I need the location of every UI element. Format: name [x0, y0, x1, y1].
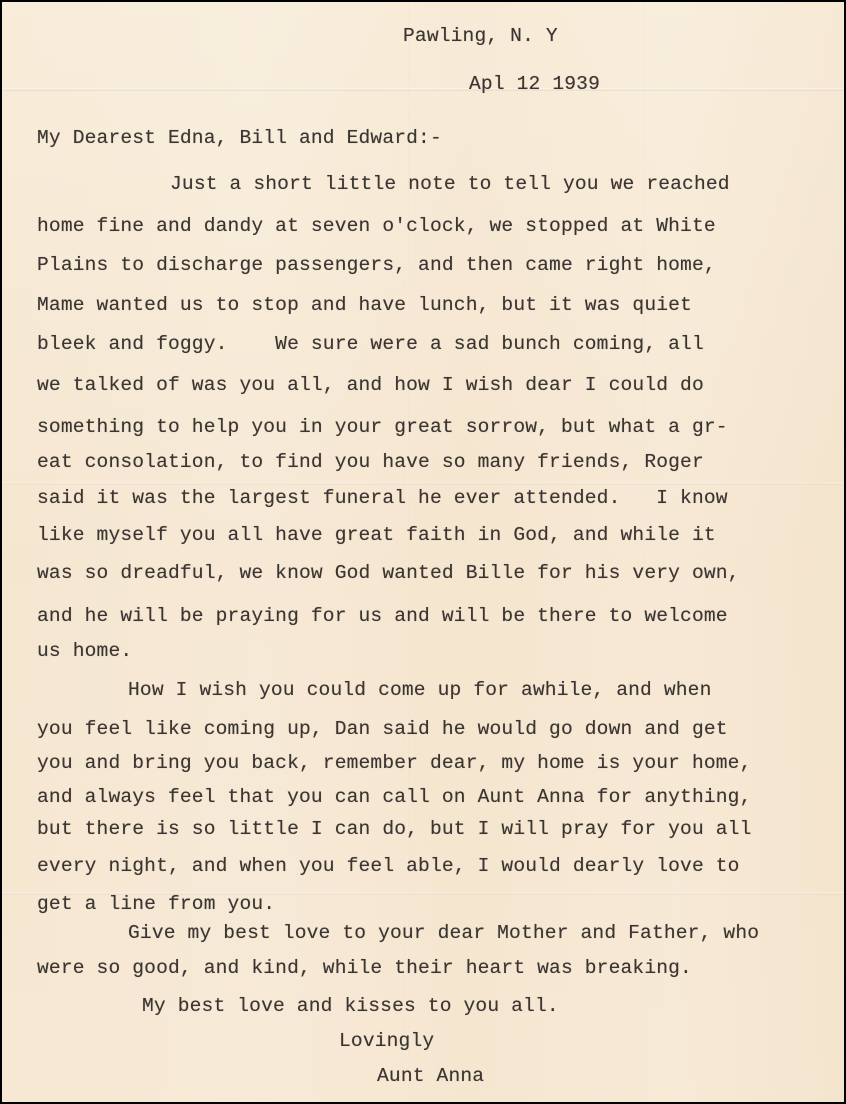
body-line: us home. — [37, 642, 132, 662]
letter-signature: Aunt Anna — [377, 1067, 484, 1087]
body-line: My best love and kisses to you all. — [142, 997, 559, 1017]
body-line: get a line from you. — [37, 895, 275, 915]
letter-closing: Lovingly — [339, 1032, 434, 1052]
body-line: eat consolation, to find you have so man… — [37, 453, 704, 473]
letter-page: Pawling, N. Y Apl 12 1939 My Dearest Edn… — [2, 2, 844, 1102]
body-line: was so dreadful, we know God wanted Bill… — [37, 564, 740, 584]
body-line: were so good, and kind, while their hear… — [37, 959, 692, 979]
letter-date: Apl 12 1939 — [469, 75, 600, 95]
body-line: Plains to discharge passengers, and then… — [37, 256, 716, 276]
body-line: Just a short little note to tell you we … — [170, 175, 730, 195]
fold-crease — [2, 88, 844, 91]
body-line: something to help you in your great sorr… — [37, 418, 728, 438]
fold-crease — [2, 482, 844, 485]
body-line: but there is so little I can do, but I w… — [37, 820, 752, 840]
body-line: like myself you all have great faith in … — [37, 526, 716, 546]
body-line: you and bring you back, remember dear, m… — [37, 754, 752, 774]
letter-place: Pawling, N. Y — [403, 27, 558, 47]
body-line: home fine and dandy at seven o'clock, we… — [37, 217, 716, 237]
body-line: Give my best love to your dear Mother an… — [128, 924, 759, 944]
letter-salutation: My Dearest Edna, Bill and Edward:- — [37, 129, 442, 149]
body-line: and he will be praying for us and will b… — [37, 607, 728, 627]
body-line: bleek and foggy. We sure were a sad bunc… — [37, 335, 704, 355]
body-line: every night, and when you feel able, I w… — [37, 857, 740, 877]
body-line: you feel like coming up, Dan said he wou… — [37, 720, 728, 740]
body-line: said it was the largest funeral he ever … — [37, 489, 728, 509]
body-line: and always feel that you can call on Aun… — [37, 788, 752, 808]
body-line: we talked of was you all, and how I wish… — [37, 376, 704, 396]
body-line: How I wish you could come up for awhile,… — [128, 681, 712, 701]
body-line: Mame wanted us to stop and have lunch, b… — [37, 296, 692, 316]
